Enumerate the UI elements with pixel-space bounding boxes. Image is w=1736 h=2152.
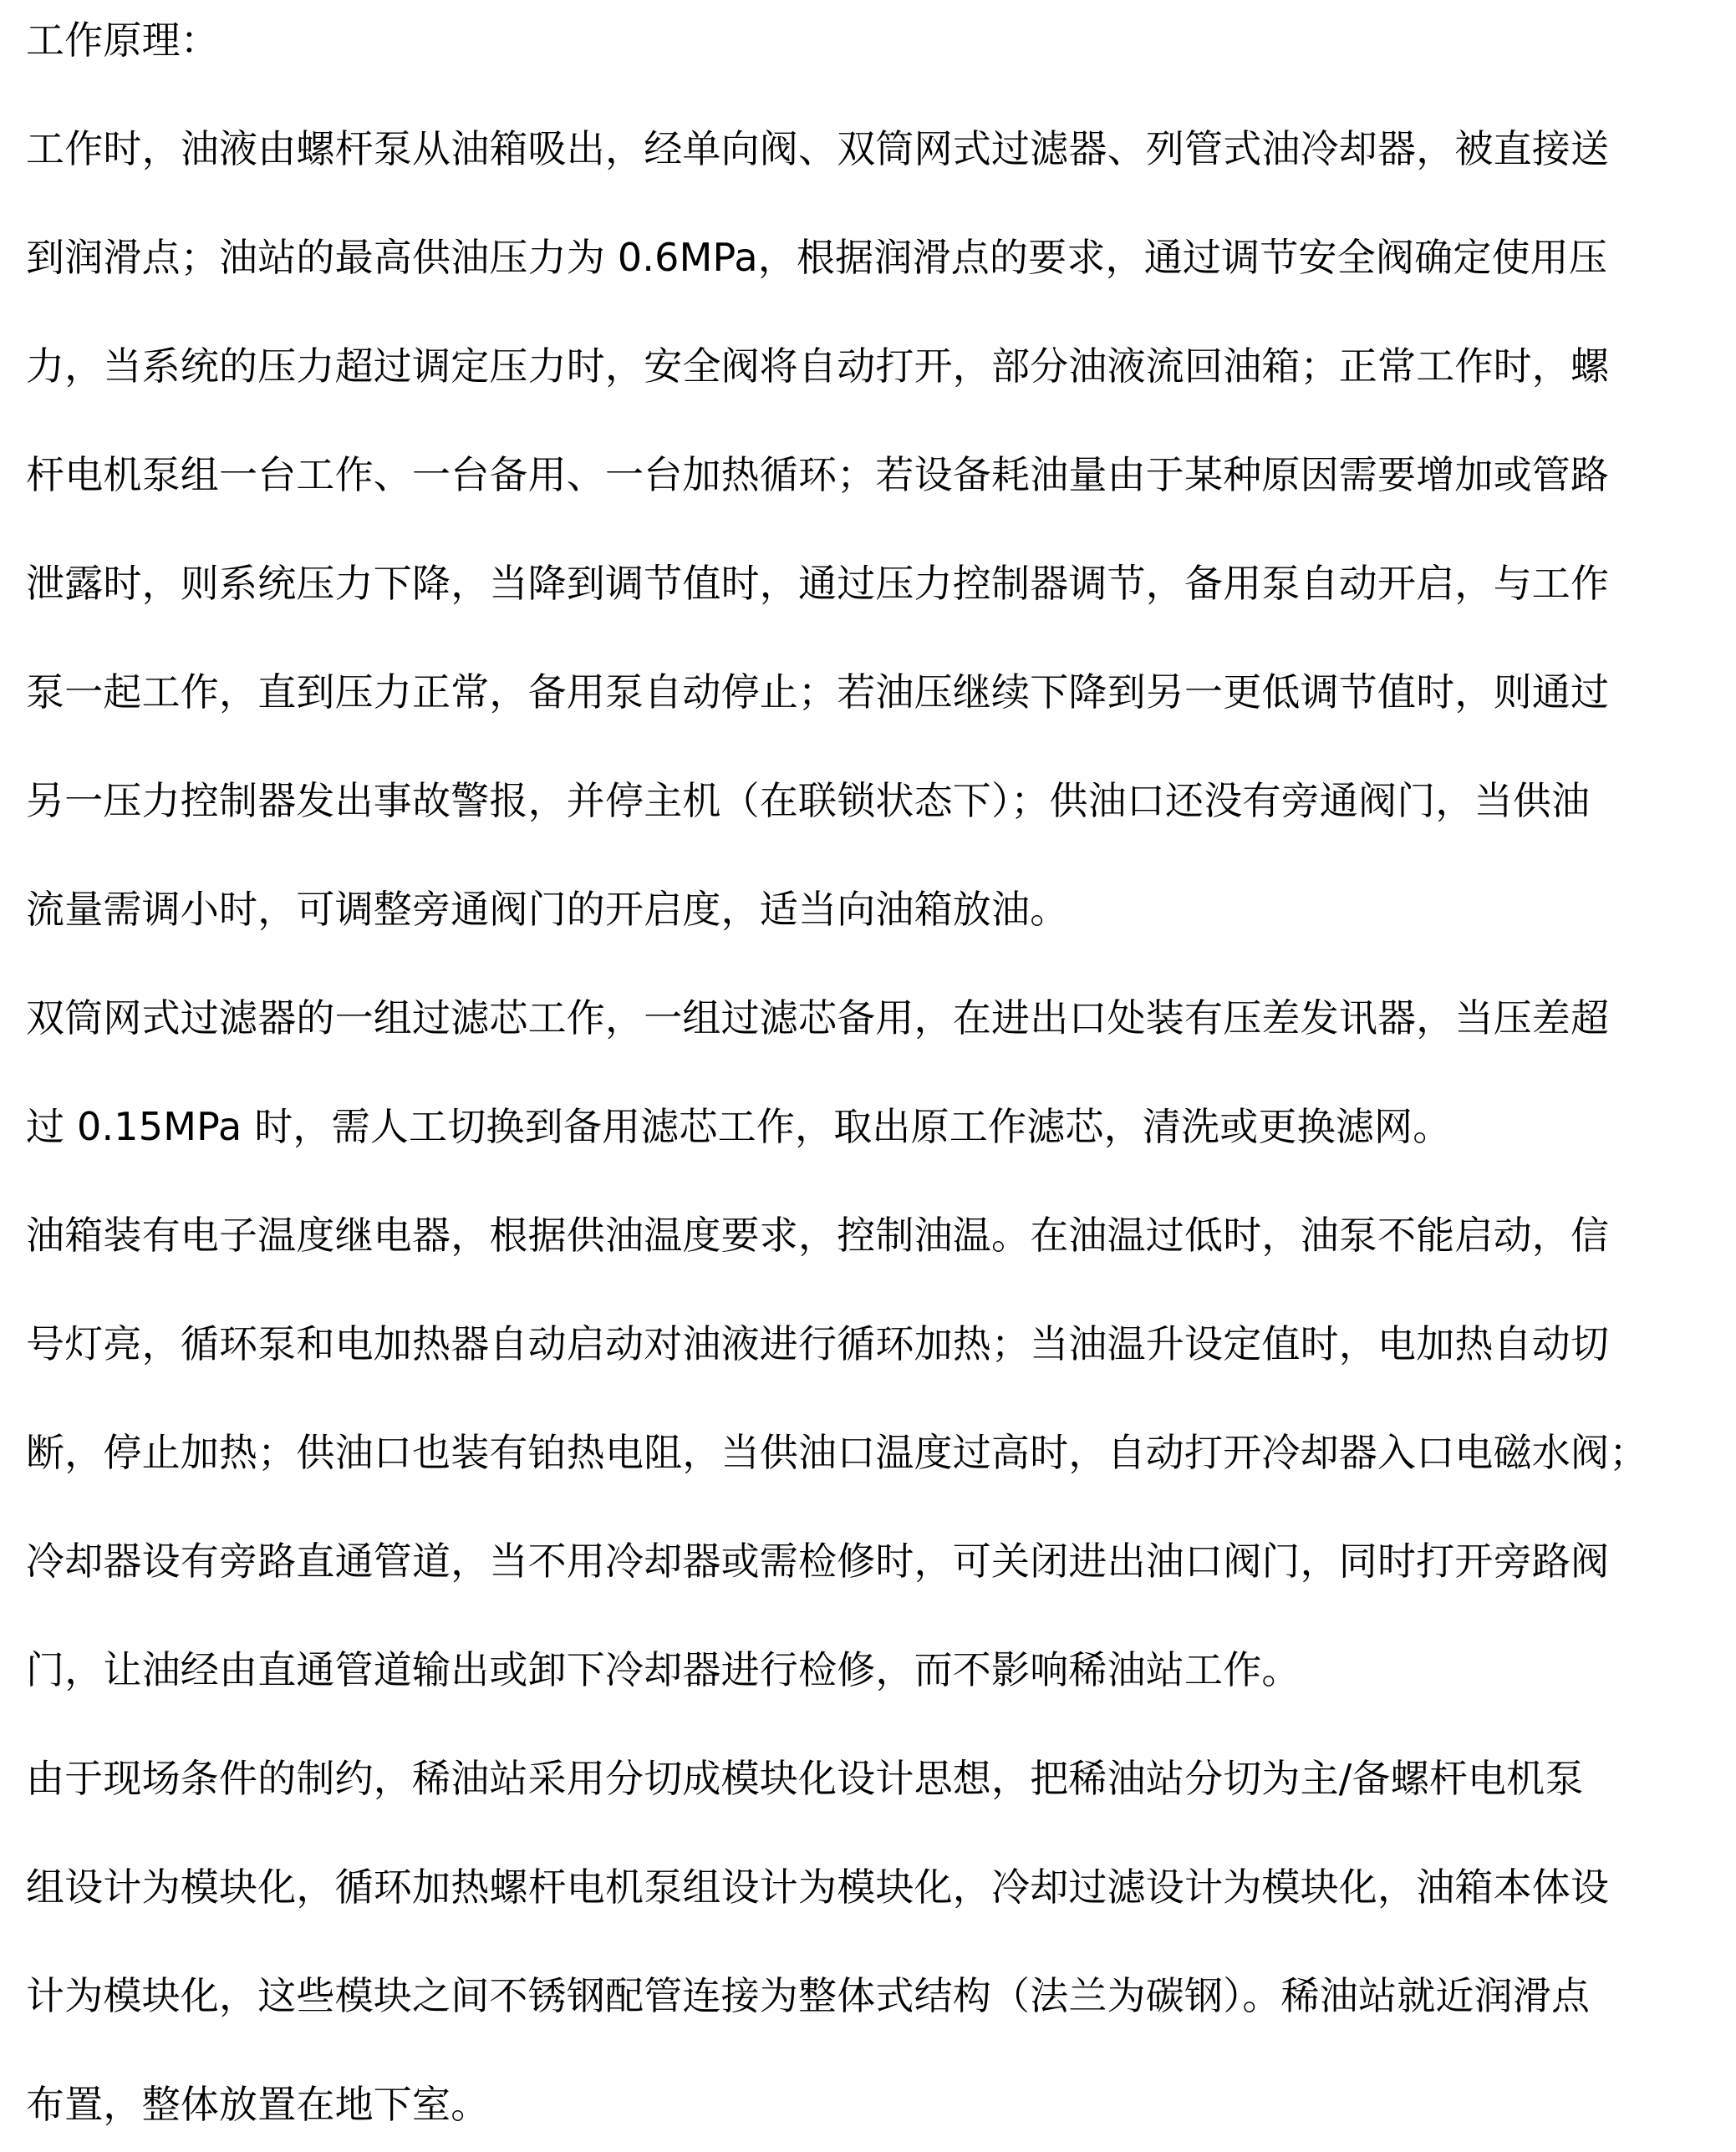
text-line: 门，让油经由直通管道输出或卸下冷却器进行检修，而不影响稀油站工作。 [26, 1615, 1723, 1724]
text-line: 力，当系统的压力超过调定压力时，安全阀将自动打开，部分油液流回油箱；正常工作时，… [26, 312, 1723, 420]
text-line: 布置，整体放置在地下室。 [26, 2050, 1723, 2152]
text-line: 组设计为模块化，循环加热螺杆电机泵组设计为模块化，冷却过滤设计为模块化，油箱本体… [26, 1833, 1723, 1941]
text-line: 工作时，油液由螺杆泵从油箱吸出，经单向阀、双筒网式过滤器、列管式油冷却器，被直接… [26, 94, 1723, 203]
text-line: 由于现场条件的制约，稀油站采用分切成模块化设计思想，把稀油站分切为主/备螺杆电机… [26, 1724, 1723, 1833]
paragraph-modular-design: 由于现场条件的制约，稀油站采用分切成模块化设计思想，把稀油站分切为主/备螺杆电机… [26, 1724, 1723, 2152]
text-line: 杆电机泵组一台工作、一台备用、一台加热循环；若设备耗油量由于某种原因需要增加或管… [26, 420, 1723, 529]
text-line: 另一压力控制器发出事故警报，并停主机（在联锁状态下）；供油口还没有旁通阀门，当供… [26, 746, 1723, 855]
text-line: 冷却器设有旁路直通管道，当不用冷却器或需检修时，可关闭进出油口阀门，同时打开旁路… [26, 1507, 1723, 1615]
text-line: 号灯亮，循环泵和电加热器自动启动对油液进行循环加热；当油温升设定值时，电加热自动… [26, 1290, 1723, 1398]
text-line: 断，停止加热；供油口也装有铂热电阻，当供油口温度过高时，自动打开冷却器入口电磁水… [26, 1398, 1723, 1507]
text-line: 泵一起工作，直到压力正常，备用泵自动停止；若油压继续下降到另一更低调节值时，则通… [26, 638, 1723, 746]
text-line: 流量需调小时，可调整旁通阀门的开启度，适当向油箱放油。 [26, 855, 1723, 964]
paragraph-temperature-control: 油箱装有电子温度继电器，根据供油温度要求，控制油温。在油温过低时，油泵不能启动，… [26, 1181, 1723, 1724]
paragraph-working-process: 工作时，油液由螺杆泵从油箱吸出，经单向阀、双筒网式过滤器、列管式油冷却器，被直接… [26, 94, 1723, 964]
paragraph-filter: 双筒网式过滤器的一组过滤芯工作，一组过滤芯备用，在进出口处装有压差发讯器，当压差… [26, 964, 1723, 1181]
text-line: 计为模块化，这些模块之间不锈钢配管连接为整体式结构（法兰为碳钢）。稀油站就近润滑… [26, 1941, 1723, 2050]
text-line: 双筒网式过滤器的一组过滤芯工作，一组过滤芯备用，在进出口处装有压差发讯器，当压差… [26, 964, 1723, 1072]
text-line: 油箱装有电子温度继电器，根据供油温度要求，控制油温。在油温过低时，油泵不能启动，… [26, 1181, 1723, 1290]
text-line: 到润滑点；油站的最高供油压力为 0.6MPa，根据润滑点的要求，通过调节安全阀确… [26, 203, 1723, 312]
document-body: 工作原理： 工作时，油液由螺杆泵从油箱吸出，经单向阀、双筒网式过滤器、列管式油冷… [26, 0, 1723, 2152]
text-line: 过 0.15MPa 时，需人工切换到备用滤芯工作，取出原工作滤芯，清洗或更换滤网… [26, 1072, 1723, 1181]
text-line: 泄露时，则系统压力下降，当降到调节值时，通过压力控制器调节，备用泵自动开启，与工… [26, 529, 1723, 638]
section-heading: 工作原理： [26, 0, 1723, 94]
